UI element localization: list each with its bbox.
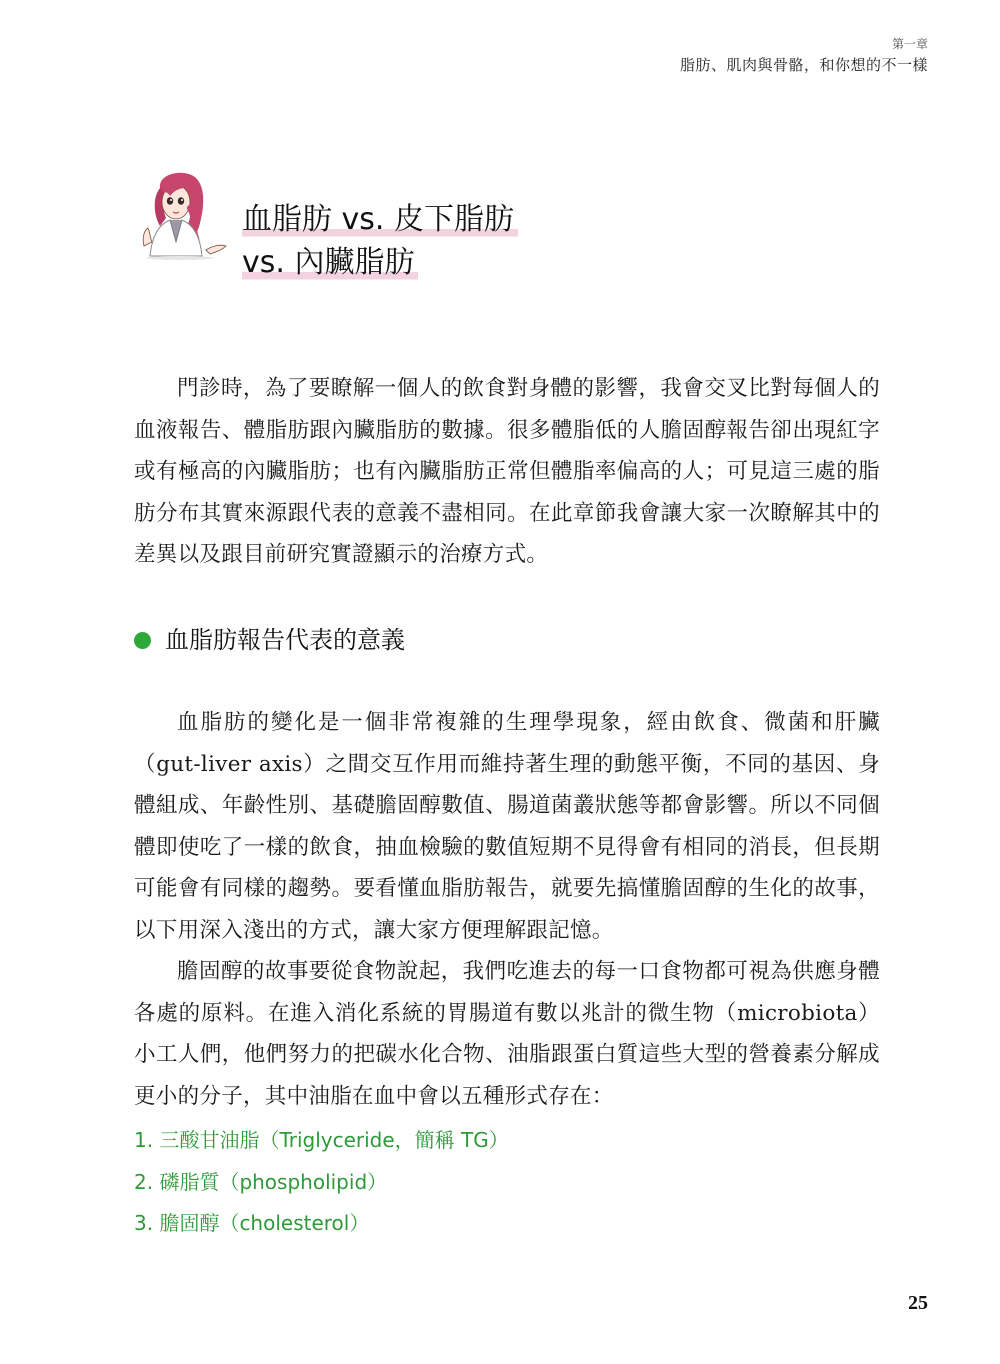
intro-paragraph: 門診時，為了要瞭解一個人的飲食對身體的影響，我會交叉比對每個人的血液報告、體脂肪… bbox=[134, 368, 880, 576]
intro-section: 門診時，為了要瞭解一個人的飲食對身體的影響，我會交叉比對每個人的血液報告、體脂肪… bbox=[134, 368, 880, 576]
running-head: 第一章 脂肪、肌肉與骨骼，和你想的不一樣 bbox=[680, 36, 928, 76]
list-item: 1. 三酸甘油脂（Triglyceride，簡稱 TG） bbox=[134, 1120, 509, 1162]
section-heading-text: 血脂肪報告代表的意義 bbox=[165, 620, 405, 660]
title-line-1: 血脂肪 vs. 皮下脂肪 bbox=[242, 198, 518, 241]
green-bullet-icon bbox=[134, 632, 151, 649]
body-paragraph: 血脂肪的變化是一個非常複雜的生理學現象，經由飲食、微菌和肝臟（gut-liver… bbox=[134, 702, 880, 951]
section-heading: 血脂肪報告代表的意義 bbox=[134, 620, 405, 660]
section-body: 血脂肪的變化是一個非常複雜的生理學現象，經由飲食、微菌和肝臟（gut-liver… bbox=[134, 702, 880, 1117]
page-title: 血脂肪 vs. 皮下脂肪 vs. 內臟脂肪 bbox=[242, 198, 518, 284]
title-line-2: vs. 內臟脂肪 bbox=[242, 241, 418, 284]
page-number: 25 bbox=[908, 1292, 928, 1315]
chapter-label: 第一章 bbox=[680, 36, 928, 52]
doctor-character-icon bbox=[130, 168, 230, 260]
body-paragraph: 膽固醇的故事要從食物說起，我們吃進去的每一口食物都可視為供應身體各處的原料。在進… bbox=[134, 951, 880, 1117]
list-item: 3. 膽固醇（cholesterol） bbox=[134, 1203, 509, 1245]
list-item: 2. 磷脂質（phospholipid） bbox=[134, 1162, 509, 1204]
title-block: 血脂肪 vs. 皮下脂肪 vs. 內臟脂肪 bbox=[130, 168, 730, 288]
lipid-forms-list: 1. 三酸甘油脂（Triglyceride，簡稱 TG） 2. 磷脂質（phos… bbox=[134, 1120, 509, 1245]
chapter-title: 脂肪、肌肉與骨骼，和你想的不一樣 bbox=[680, 54, 928, 76]
